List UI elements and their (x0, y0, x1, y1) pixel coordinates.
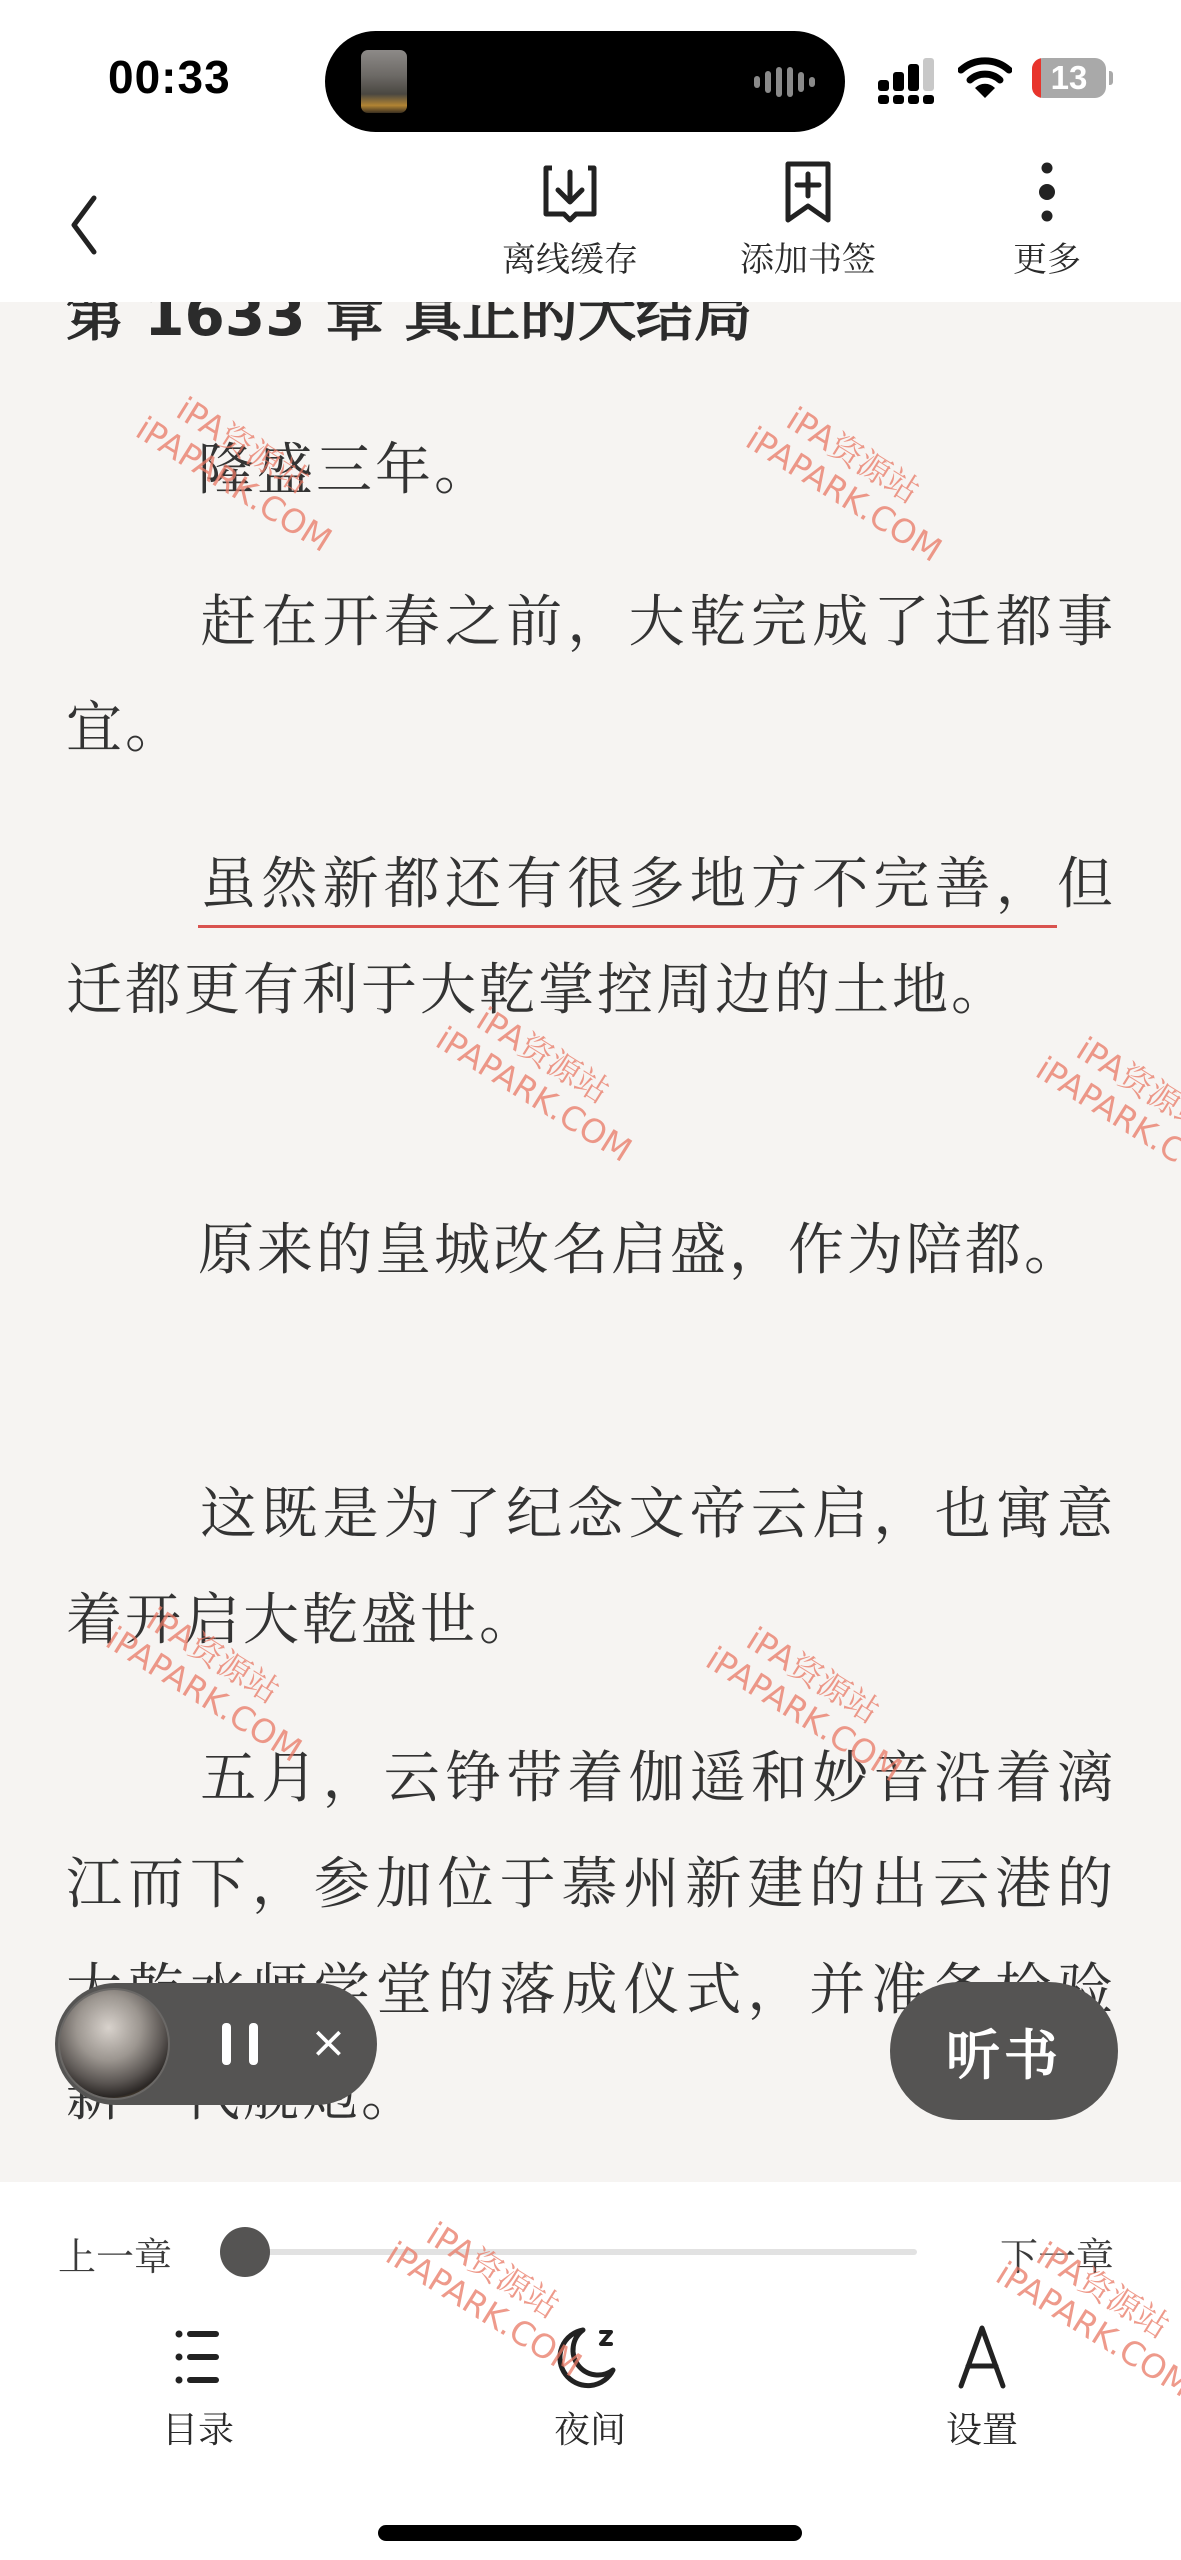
listen-book-button[interactable]: 听书 (890, 1982, 1118, 2120)
font-settings-icon (947, 2322, 1017, 2392)
chapter-title: 第 1633 章 真正的大结局 (66, 302, 752, 352)
offline-cache-button[interactable]: 离线缓存 (485, 158, 655, 288)
paragraph-text: 隆盛三年。 (198, 438, 493, 503)
paragraph[interactable]: 这既是为了纪念文帝云启，也寓意着开启大乾盛世。 (66, 1462, 1116, 1674)
paragraph[interactable]: 原来的皇城改名启盛，作为陪都。 (66, 1198, 1116, 1304)
chapter-progress-slider[interactable] (245, 2249, 917, 2255)
table-of-contents-icon (163, 2322, 233, 2392)
underlined-passage[interactable]: 虽然新都还有很多地方不完善， (198, 852, 1057, 928)
settings-button[interactable]: 设置 (892, 2322, 1072, 2453)
bottom-bar: 上一章 下一章 目录 夜间 设置 (0, 2182, 1181, 2560)
more-button[interactable]: 更多 (962, 158, 1132, 288)
paragraph-text: 这既是为了纪念文帝云启，也寓意着开启大乾盛世。 (66, 1482, 1116, 1653)
paragraph-text: 原来的皇城改名启盛，作为陪都。 (198, 1218, 1083, 1283)
download-book-icon (536, 158, 604, 226)
paragraph-text: 赶在开春之前，大乾完成了迁都事宜。 (66, 590, 1116, 761)
reading-area[interactable]: 第 1633 章 真正的大结局 隆盛三年。 赶在开春之前，大乾完成了迁都事宜。 … (0, 302, 1181, 2182)
close-player-button[interactable]: × (310, 2013, 347, 2073)
status-bar: 00:33 13 (0, 0, 1181, 150)
cellular-signal-icon (878, 58, 940, 102)
paragraph[interactable]: 赶在开春之前，大乾完成了迁都事宜。 (66, 570, 1116, 782)
status-time: 00:33 (108, 50, 231, 104)
back-chevron-icon[interactable] (60, 190, 110, 260)
bookmark-add-icon (774, 158, 842, 226)
slider-thumb[interactable] (220, 2227, 270, 2277)
prev-chapter-button[interactable]: 上一章 (58, 2226, 172, 2281)
night-mode-moon-icon (555, 2322, 625, 2392)
paragraph[interactable]: 隆盛三年。 (66, 418, 1116, 524)
more-vertical-icon (1013, 158, 1081, 226)
add-bookmark-button[interactable]: 添加书签 (723, 158, 893, 288)
audiobook-cover-avatar[interactable] (58, 1988, 170, 2100)
night-mode-button[interactable]: 夜间 (500, 2322, 680, 2453)
night-mode-label: 夜间 (554, 2402, 626, 2453)
book-cover-thumbnail-icon (361, 50, 407, 113)
audio-waveform-icon (754, 67, 815, 97)
battery-level: 13 (1032, 59, 1106, 97)
add-bookmark-label: 添加书签 (740, 232, 876, 281)
next-chapter-button[interactable]: 下一章 (1000, 2226, 1114, 2281)
home-indicator[interactable] (378, 2525, 802, 2541)
reader-toolbar: 离线缓存 添加书签 更多 (0, 150, 1181, 302)
table-of-contents-button[interactable]: 目录 (108, 2322, 288, 2453)
more-label: 更多 (1013, 232, 1081, 281)
paragraph-highlighted[interactable]: 虽然新都还有很多地方不完善，但迁都更有利于大乾掌控周边的土地。 (66, 832, 1116, 1044)
offline-cache-label: 离线缓存 (502, 232, 638, 281)
wifi-icon (958, 56, 1012, 100)
dynamic-island[interactable] (325, 31, 845, 132)
battery-indicator: 13 (1032, 58, 1112, 98)
audiobook-mini-player[interactable]: × (55, 1983, 377, 2105)
table-of-contents-label: 目录 (162, 2402, 234, 2453)
pause-button[interactable] (222, 2023, 262, 2065)
settings-label: 设置 (946, 2402, 1018, 2453)
